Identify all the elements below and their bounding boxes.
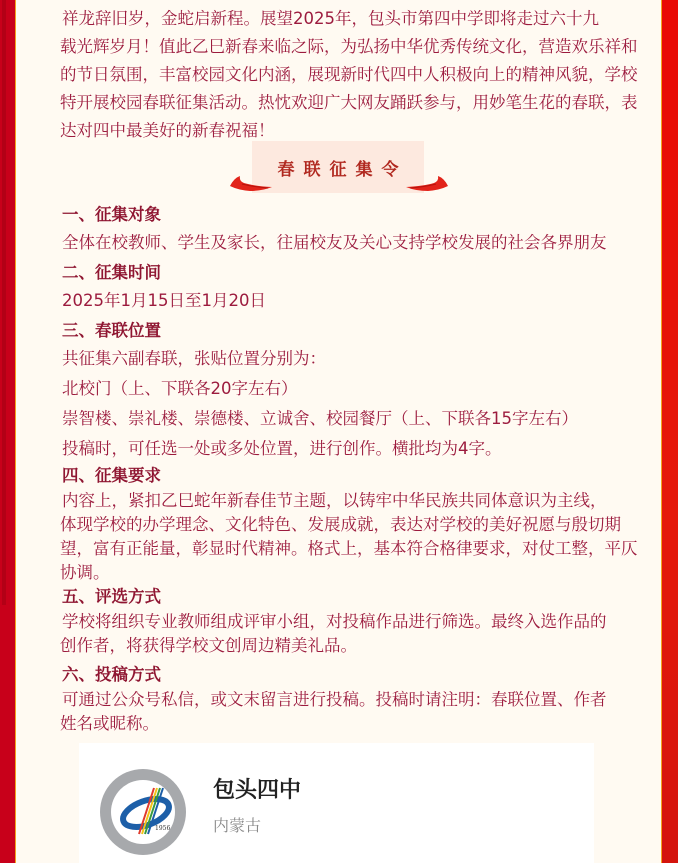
section-time: 二、征集时间 2025年1月15日至1月20日 <box>62 260 646 316</box>
section-text: 投稿时，可任选一处或多处位置，进行创作。横批均为4字。 <box>62 434 646 464</box>
section-text: 北校门（上、下联各20字左右） <box>62 374 646 404</box>
account-name: 包头四中 <box>213 773 301 804</box>
section-requirements: 四、征集要求 内容上，紧扣乙巳蛇年新春佳节主题，以铸牢中华民族共同体意识为主线，… <box>62 463 646 585</box>
section-heading: 四、征集要求 <box>62 463 646 489</box>
section-text: 2025年1月15日至1月20日 <box>62 286 646 316</box>
section-heading: 六、投稿方式 <box>62 662 646 688</box>
intro-line: 的节日氛围，丰富校园文化内涵，展现新时代四中人积极向上的精神风貌，学校 <box>60 61 644 89</box>
account-region: 内蒙古 <box>213 813 261 836</box>
account-card[interactable]: 1956 包头四中 内蒙古 <box>79 743 594 863</box>
section-heading: 三、春联位置 <box>62 318 646 344</box>
left-border-strip <box>2 0 6 605</box>
section-text: 协调。 <box>60 561 646 585</box>
section-heading: 二、征集时间 <box>62 260 646 286</box>
intro-block: 载光辉岁月！值此乙巳新春来临之际，为弘扬中华优秀传统文化，营造欢乐祥和 的节日氛… <box>60 5 644 145</box>
ribbon-left-icon <box>228 174 274 194</box>
svg-text:1956: 1956 <box>155 825 170 832</box>
section-evaluation: 五、评选方式 学校将组织专业教师组成评审小组，对投稿作品进行筛选。最终入选作品的… <box>62 584 646 658</box>
section-text: 望，富有正能量，彰显时代精神。格式上，基本符合格律要求，对仗工整，平仄 <box>60 537 646 561</box>
section-text: 学校将组织专业教师组成评审小组，对投稿作品进行筛选。最终入选作品的 <box>62 610 646 634</box>
section-text: 可通过公众号私信，或文末留言进行投稿。投稿时请注明：春联位置、作者 <box>62 688 646 712</box>
section-submission: 六、投稿方式 可通过公众号私信，或文末留言进行投稿。投稿时请注明：春联位置、作者… <box>62 662 646 736</box>
ribbon-right-icon <box>404 174 450 194</box>
section-text: 创作者，将获得学校文创周边精美礼品。 <box>60 634 646 658</box>
school-emblem-icon: 1956 <box>99 768 187 856</box>
section-text: 姓名或昵称。 <box>60 712 646 736</box>
section-text: 内容上，紧扣乙巳蛇年新春佳节主题，以铸牢中华民族共同体意识为主线， <box>62 489 646 513</box>
section-heading: 五、评选方式 <box>62 584 646 610</box>
section-target: 一、征集对象 全体在校教师、学生及家长，往届校友及关心支持学校发展的社会各界朋友 <box>62 202 646 258</box>
section-heading: 一、征集对象 <box>62 202 646 228</box>
banner-title: 春联征集令 <box>252 141 424 193</box>
section-text: 崇智楼、崇礼楼、崇德楼、立诚舍、校园餐厅（上、下联各15字左右） <box>62 404 646 434</box>
right-red-border <box>661 0 678 863</box>
intro-line: 载光辉岁月！值此乙巳新春来临之际，为弘扬中华优秀传统文化，营造欢乐祥和 <box>60 33 644 61</box>
section-text: 共征集六副春联，张贴位置分别为： <box>62 344 646 374</box>
left-red-border <box>0 0 16 863</box>
intro-line: 特开展校园春联征集活动。热忱欢迎广大网友踊跃参与，用妙笔生花的春联，表 <box>60 89 644 117</box>
section-text: 全体在校教师、学生及家长，往届校友及关心支持学校发展的社会各界朋友 <box>62 228 646 258</box>
section-text: 体现学校的办学理念、文化特色、发展成就，表达对学校的美好祝愿与殷切期 <box>60 513 646 537</box>
section-position: 三、春联位置 共征集六副春联，张贴位置分别为： 北校门（上、下联各20字左右） … <box>62 318 646 464</box>
